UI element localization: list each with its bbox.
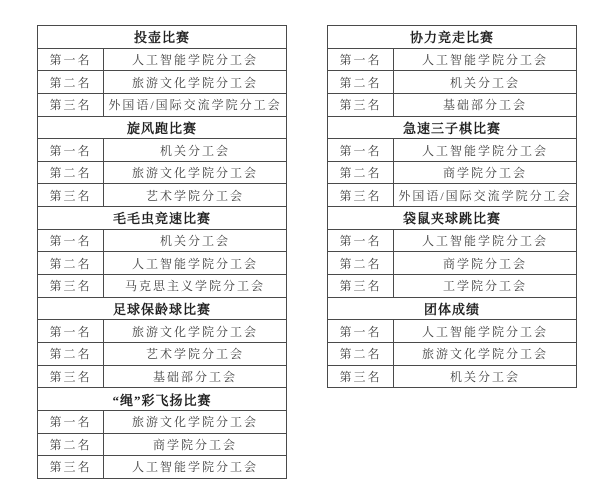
section-header-row: 急速三子棋比赛 <box>328 116 577 139</box>
rank-cell: 第一名 <box>328 48 394 71</box>
table-row: 第二名人工智能学院分工会 <box>38 252 287 275</box>
rank-cell: 第一名 <box>38 229 104 252</box>
rank-cell: 第三名 <box>38 365 104 388</box>
table-row: 第一名旅游文化学院分工会 <box>38 320 287 343</box>
rank-cell: 第一名 <box>38 320 104 343</box>
rank-cell: 第三名 <box>38 184 104 207</box>
table-row: 第三名机关分工会 <box>328 365 577 388</box>
rank-cell: 第一名 <box>38 139 104 162</box>
winner-cell: 机关分工会 <box>104 229 287 252</box>
rank-cell: 第二名 <box>38 71 104 94</box>
winner-cell: 工学院分工会 <box>394 275 577 298</box>
rank-cell: 第三名 <box>328 184 394 207</box>
table-row: 第一名旅游文化学院分工会 <box>38 410 287 433</box>
winner-cell: 基础部分工会 <box>104 365 287 388</box>
rank-cell: 第二名 <box>328 252 394 275</box>
table-row: 第二名商学院分工会 <box>328 161 577 184</box>
section-header-row: 协力竞走比赛 <box>328 26 577 49</box>
rank-cell: 第一名 <box>38 410 104 433</box>
winner-cell: 旅游文化学院分工会 <box>104 410 287 433</box>
rank-cell: 第二名 <box>328 71 394 94</box>
section-header-row: 投壶比赛 <box>38 26 287 49</box>
table-row: 第一名人工智能学院分工会 <box>328 139 577 162</box>
table-row: 第三名艺术学院分工会 <box>38 184 287 207</box>
table-row: 第二名旅游文化学院分工会 <box>38 161 287 184</box>
rank-cell: 第三名 <box>38 456 104 479</box>
rank-cell: 第一名 <box>328 320 394 343</box>
table-row: 第三名基础部分工会 <box>38 365 287 388</box>
table-row: 第二名商学院分工会 <box>38 433 287 456</box>
winner-cell: 商学院分工会 <box>394 161 577 184</box>
rank-cell: 第一名 <box>38 48 104 71</box>
section-title: 旋风跑比赛 <box>38 116 287 139</box>
table-row: 第二名旅游文化学院分工会 <box>328 342 577 365</box>
table-row: 第二名艺术学院分工会 <box>38 342 287 365</box>
section-title: 袋鼠夹球跳比赛 <box>328 207 577 230</box>
table-row: 第三名外国语/国际交流学院分工会 <box>328 184 577 207</box>
left-results-table: 投壶比赛第一名人工智能学院分工会第二名旅游文化学院分工会第三名外国语/国际交流学… <box>37 25 287 479</box>
right-results-table: 协力竞走比赛第一名人工智能学院分工会第二名机关分工会第三名基础部分工会急速三子棋… <box>327 25 577 388</box>
winner-cell: 外国语/国际交流学院分工会 <box>104 93 287 116</box>
winner-cell: 人工智能学院分工会 <box>104 456 287 479</box>
table-row: 第三名基础部分工会 <box>328 93 577 116</box>
table-row: 第三名人工智能学院分工会 <box>38 456 287 479</box>
winner-cell: 人工智能学院分工会 <box>394 320 577 343</box>
table-row: 第一名机关分工会 <box>38 139 287 162</box>
rank-cell: 第二名 <box>38 433 104 456</box>
rank-cell: 第二名 <box>38 161 104 184</box>
rank-cell: 第二名 <box>328 342 394 365</box>
rank-cell: 第三名 <box>328 365 394 388</box>
table-row: 第一名人工智能学院分工会 <box>328 229 577 252</box>
winner-cell: 艺术学院分工会 <box>104 342 287 365</box>
table-row: 第一名机关分工会 <box>38 229 287 252</box>
rank-cell: 第三名 <box>38 93 104 116</box>
document-page: 投壶比赛第一名人工智能学院分工会第二名旅游文化学院分工会第三名外国语/国际交流学… <box>0 0 599 502</box>
winner-cell: 机关分工会 <box>394 365 577 388</box>
table-row: 第二名商学院分工会 <box>328 252 577 275</box>
section-header-row: 旋风跑比赛 <box>38 116 287 139</box>
winner-cell: 马克思主义学院分工会 <box>104 275 287 298</box>
section-header-row: 毛毛虫竞速比赛 <box>38 207 287 230</box>
rank-cell: 第三名 <box>328 93 394 116</box>
section-header-row: 足球保龄球比赛 <box>38 297 287 320</box>
table-row: 第二名机关分工会 <box>328 71 577 94</box>
section-title: 足球保龄球比赛 <box>38 297 287 320</box>
rank-cell: 第二名 <box>38 252 104 275</box>
table-row: 第一名人工智能学院分工会 <box>38 48 287 71</box>
winner-cell: 艺术学院分工会 <box>104 184 287 207</box>
winner-cell: 人工智能学院分工会 <box>104 48 287 71</box>
section-title: 急速三子棋比赛 <box>328 116 577 139</box>
section-title: “绳”彩飞扬比赛 <box>38 388 287 411</box>
section-title: 投壶比赛 <box>38 26 287 49</box>
section-header-row: 袋鼠夹球跳比赛 <box>328 207 577 230</box>
table-row: 第二名旅游文化学院分工会 <box>38 71 287 94</box>
winner-cell: 旅游文化学院分工会 <box>104 161 287 184</box>
winner-cell: 旅游文化学院分工会 <box>104 71 287 94</box>
winner-cell: 外国语/国际交流学院分工会 <box>394 184 577 207</box>
winner-cell: 商学院分工会 <box>394 252 577 275</box>
rank-cell: 第一名 <box>328 139 394 162</box>
winner-cell: 基础部分工会 <box>394 93 577 116</box>
table-row: 第三名马克思主义学院分工会 <box>38 275 287 298</box>
section-header-row: 团体成绩 <box>328 297 577 320</box>
rank-cell: 第三名 <box>38 275 104 298</box>
winner-cell: 旅游文化学院分工会 <box>394 342 577 365</box>
rank-cell: 第三名 <box>328 275 394 298</box>
section-title: 团体成绩 <box>328 297 577 320</box>
winner-cell: 旅游文化学院分工会 <box>104 320 287 343</box>
table-row: 第三名外国语/国际交流学院分工会 <box>38 93 287 116</box>
winner-cell: 人工智能学院分工会 <box>394 229 577 252</box>
table-row: 第一名人工智能学院分工会 <box>328 320 577 343</box>
section-title: 协力竞走比赛 <box>328 26 577 49</box>
winner-cell: 人工智能学院分工会 <box>394 48 577 71</box>
rank-cell: 第二名 <box>38 342 104 365</box>
section-header-row: “绳”彩飞扬比赛 <box>38 388 287 411</box>
winner-cell: 人工智能学院分工会 <box>104 252 287 275</box>
section-title: 毛毛虫竞速比赛 <box>38 207 287 230</box>
table-row: 第一名人工智能学院分工会 <box>328 48 577 71</box>
winner-cell: 机关分工会 <box>394 71 577 94</box>
rank-cell: 第一名 <box>328 229 394 252</box>
winner-cell: 机关分工会 <box>104 139 287 162</box>
winner-cell: 商学院分工会 <box>104 433 287 456</box>
rank-cell: 第二名 <box>328 161 394 184</box>
winner-cell: 人工智能学院分工会 <box>394 139 577 162</box>
table-row: 第三名工学院分工会 <box>328 275 577 298</box>
